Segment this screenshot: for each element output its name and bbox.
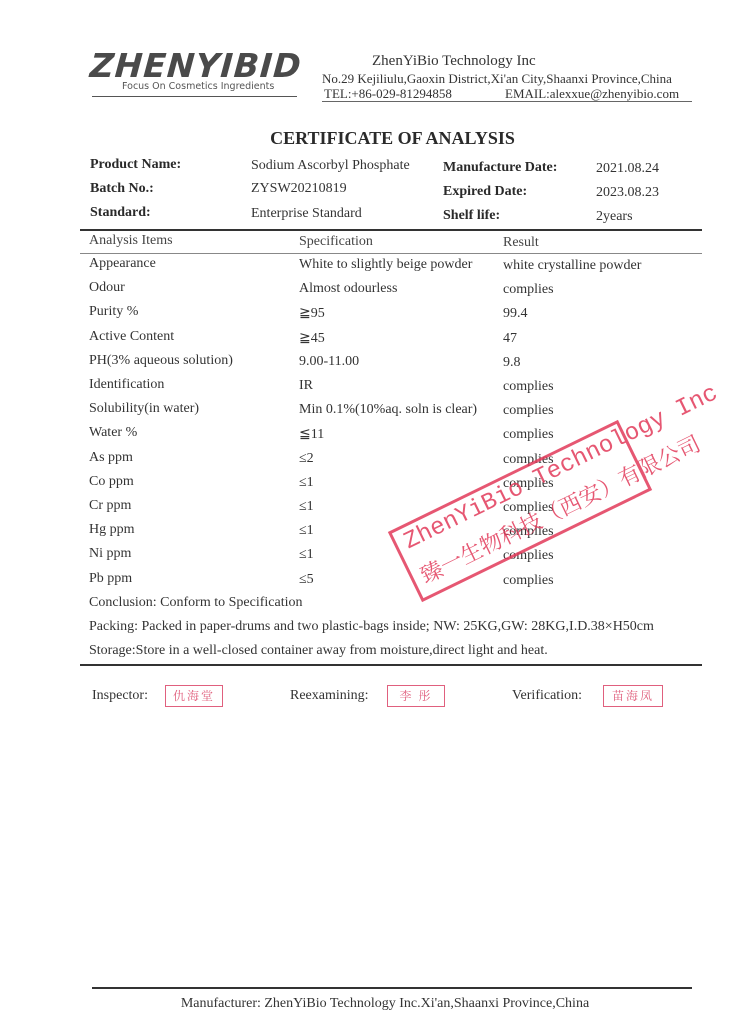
storage-info: Storage:Store in a well-closed container…	[89, 643, 548, 659]
batch-no-value: ZYSW20210819	[251, 181, 347, 197]
table-row: Purity %≧9599.4	[0, 304, 750, 328]
specification-cell: IR	[299, 378, 313, 394]
manufacture-date-value: 2021.08.24	[596, 161, 659, 177]
specification-cell: ≤1	[299, 475, 314, 491]
verification-stamp: 苗海凤	[603, 685, 663, 707]
analysis-item-cell: Active Content	[89, 329, 174, 345]
table-row: Hg ppm≤1complies	[0, 522, 750, 546]
analysis-item-cell: Appearance	[89, 256, 156, 272]
shelf-life-value: 2years	[596, 209, 633, 225]
header-divider	[322, 101, 692, 102]
table-row: IdentificationIRcomplies	[0, 377, 750, 401]
inspector-label: Inspector:	[92, 688, 148, 704]
footer-manufacturer: Manufacturer: ZhenYiBio Technology Inc.X…	[0, 996, 750, 1012]
notes-divider	[80, 664, 702, 666]
analysis-item-cell: Ni ppm	[89, 546, 131, 562]
reexamining-stamp: 李 彤	[387, 685, 445, 707]
result-cell: complies	[503, 379, 554, 395]
table-row: Pb ppm≤5complies	[0, 571, 750, 595]
analysis-item-cell: As ppm	[89, 450, 133, 466]
logo-underline	[92, 96, 297, 97]
analysis-item-cell: Cr ppm	[89, 498, 131, 514]
manufacture-date-label: Manufacture Date:	[443, 160, 557, 176]
column-header-result: Result	[503, 235, 539, 251]
company-address: No.29 Kejiliulu,Gaoxin District,Xi'an Ci…	[322, 71, 672, 87]
specification-cell: ≦11	[299, 426, 324, 443]
specification-cell: ≤5	[299, 572, 314, 588]
company-email: EMAIL:alexxue@zhenyibio.com	[505, 86, 679, 102]
analysis-item-cell: Purity %	[89, 304, 138, 320]
table-header-divider	[80, 253, 702, 254]
verification-label: Verification:	[512, 688, 582, 704]
table-row: AppearanceWhite to slightly beige powder…	[0, 256, 750, 280]
shelf-life-label: Shelf life:	[443, 208, 500, 224]
result-cell: 9.8	[503, 355, 521, 371]
result-cell: 99.4	[503, 306, 528, 322]
specification-cell: ≧45	[299, 330, 325, 347]
result-cell: complies	[503, 403, 554, 419]
column-header-specification: Specification	[299, 234, 373, 250]
specification-cell: ≤1	[299, 547, 314, 563]
analysis-item-cell: Identification	[89, 377, 164, 393]
company-tel: TEL:+86-029-81294858	[324, 86, 452, 102]
table-top-divider	[80, 229, 702, 231]
product-name-value: Sodium Ascorbyl Phosphate	[251, 158, 410, 174]
specification-cell: ≤1	[299, 523, 314, 539]
analysis-item-cell: Odour	[89, 280, 125, 296]
packing-info: Packing: Packed in paper-drums and two p…	[89, 619, 654, 635]
specification-cell: Min 0.1%(10%aq. soln is clear)	[299, 402, 477, 418]
document-title: CERTIFICATE OF ANALYSIS	[0, 128, 750, 149]
specification-cell: ≧95	[299, 305, 325, 322]
standard-value: Enterprise Standard	[251, 206, 362, 222]
conclusion: Conclusion: Conform to Specification	[89, 595, 302, 611]
logo-tagline: Focus On Cosmetics Ingredients	[122, 81, 274, 92]
table-row: PH(3% aqueous solution)9.00-11.009.8	[0, 353, 750, 377]
company-logo: ZHENYIBID	[89, 46, 303, 85]
result-cell: 47	[503, 331, 517, 347]
result-cell: complies	[503, 573, 554, 589]
inspector-stamp: 仇海堂	[165, 685, 223, 707]
table-row: OdourAlmost odourlesscomplies	[0, 280, 750, 304]
specification-cell: Almost odourless	[299, 281, 397, 297]
specification-cell: ≤1	[299, 499, 314, 515]
batch-no-label: Batch No.:	[90, 181, 154, 197]
column-header-items: Analysis Items	[89, 233, 173, 249]
specification-cell: White to slightly beige powder	[299, 257, 472, 273]
expired-date-value: 2023.08.23	[596, 185, 659, 201]
table-row: Cr ppm≤1complies	[0, 498, 750, 522]
analysis-item-cell: Hg ppm	[89, 522, 135, 538]
specification-cell: ≤2	[299, 451, 314, 467]
product-name-label: Product Name:	[90, 157, 181, 173]
analysis-item-cell: Solubility(in water)	[89, 401, 199, 417]
table-row: Ni ppm≤1complies	[0, 546, 750, 570]
analysis-item-cell: PH(3% aqueous solution)	[89, 353, 233, 369]
result-cell: complies	[503, 427, 554, 443]
analysis-item-cell: Water %	[89, 425, 137, 441]
analysis-item-cell: Co ppm	[89, 474, 134, 490]
result-cell: complies	[503, 282, 554, 298]
footer-divider	[92, 987, 692, 989]
table-row: Active Content≧4547	[0, 329, 750, 353]
analysis-item-cell: Pb ppm	[89, 571, 132, 587]
standard-label: Standard:	[90, 205, 151, 221]
expired-date-label: Expired Date:	[443, 184, 527, 200]
reexamining-label: Reexamining:	[290, 688, 369, 704]
result-cell: white crystalline powder	[503, 258, 641, 274]
specification-cell: 9.00-11.00	[299, 354, 359, 370]
company-name: ZhenYiBio Technology Inc	[372, 53, 536, 70]
